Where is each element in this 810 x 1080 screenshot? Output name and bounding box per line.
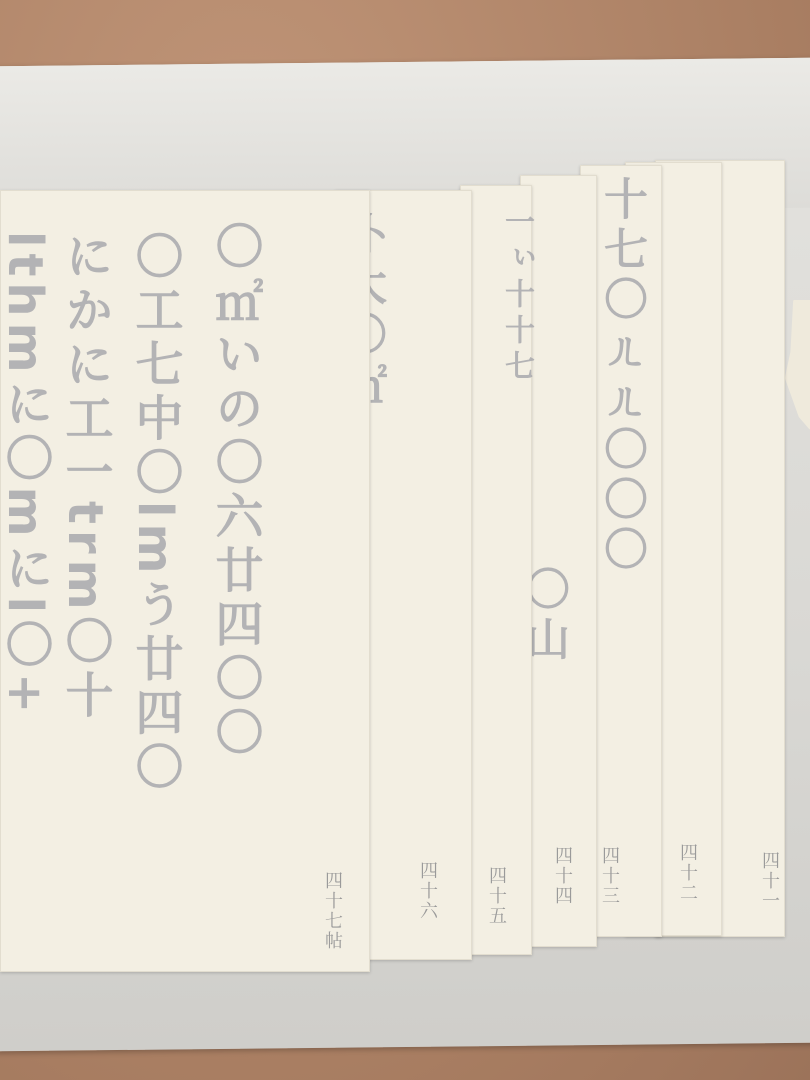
calligraphy-text: 〇工七中〇lmう廿四〇: [131, 231, 179, 795]
sheet-label: 四十五: [483, 866, 509, 926]
sheet-label: 四十七帖: [319, 871, 345, 951]
calligraphy-text: 十七〇ㄦㄦ〇〇〇: [599, 176, 643, 576]
calligraphy-text: lthmに〇mにl〇+: [1, 231, 49, 719]
sheet-47: 〇㎡いの〇六廿四〇〇 〇工七中〇lmう廿四〇 にかに工一trm〇十 lthmに〇…: [0, 190, 370, 972]
sheet-label: 四十二: [674, 843, 700, 903]
sheet-label: 四十六: [414, 861, 440, 921]
sheet-label: 四十四: [549, 846, 575, 906]
sheet-label: 四十一: [756, 851, 782, 911]
calligraphy-text: にかに工一trm〇十: [61, 231, 109, 724]
calligraphy-text: 〇㎡いの〇六廿四〇〇: [211, 221, 259, 761]
calligraphy-text: 一ぃ十十七: [501, 206, 531, 386]
sheet-label: 四十三: [596, 846, 622, 906]
